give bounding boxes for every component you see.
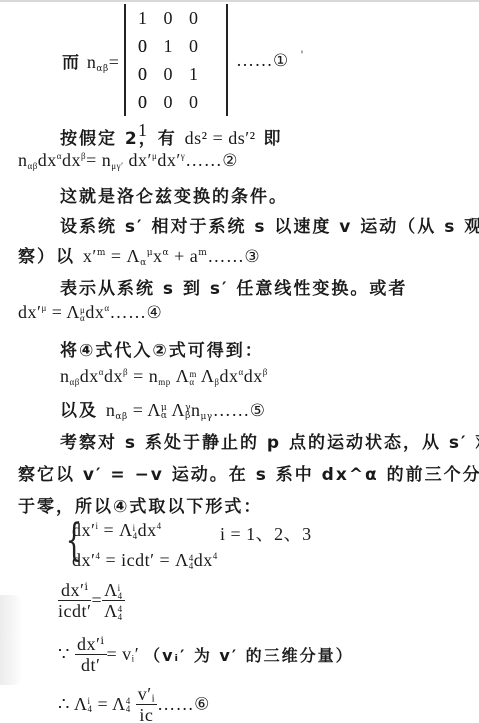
ellipsis: …… (213, 400, 250, 420)
rest-para-line-3: 于零，所以④式取以下形式： (18, 492, 262, 517)
matrix-row: 0 0 1 0 (126, 60, 226, 88)
dx-prime: dx′ (18, 302, 41, 322)
index-stack: i4 (118, 584, 123, 600)
subscript: 4 (126, 705, 131, 713)
n-subscript: αβ (96, 64, 108, 74)
fraction-right: Λi4Λ44 (102, 580, 125, 621)
subscript: mp (158, 377, 171, 387)
superscript: m (97, 248, 106, 258)
linear-line: 表示从系统 s 到 s′ 任意线性变换。或者 (60, 274, 407, 299)
circled-4: ④ (147, 303, 163, 323)
x-prime: x′ (83, 246, 97, 266)
equals-lambda: = Λ (93, 694, 126, 714)
icdt-equals-lambda: = icdt′ = Λ (100, 550, 188, 570)
plus-a: + a (169, 246, 198, 266)
fraction-left: dx′ⁱicdt′ (58, 580, 91, 621)
because-equation: ∵ dx′ⁱdt′= vi′ （vᵢ′ 为 v′ 的三维分量） (58, 634, 354, 675)
dx: dx (62, 150, 81, 170)
matrix-equation-lhs: 而 nαβ= (62, 48, 119, 74)
equals-lambda: = Λ (128, 400, 161, 420)
dx-prime: dx′ (157, 150, 180, 170)
circled-6: ⑥ (194, 695, 210, 715)
superscript: m (198, 248, 207, 258)
superscript: β (263, 367, 268, 377)
fraction: v′ᵢic (136, 684, 157, 723)
note-text: （vᵢ′ 为 v′ 的三维分量） (144, 646, 354, 665)
text-ji: 即 (256, 129, 283, 149)
index-stack: mα (189, 370, 197, 386)
n-symbol: n (106, 400, 116, 420)
rest-para-line-1: 考察对 s 系处于静止的 p 点的运动状态，从 s′ 观 (60, 428, 479, 453)
dx: dx (194, 550, 213, 570)
assumption-line: 按假定 2，有 ds² = ds′² 即 (60, 124, 283, 149)
equals-lambda: = Λ (106, 246, 140, 266)
equals-n: = n (128, 366, 158, 386)
system-row-1: dx′i = Λi4dx4 (72, 520, 162, 541)
subscript: αβ (115, 412, 127, 422)
assumption-text: 按假定 2，有 (60, 129, 185, 149)
ellipsis: …… (207, 246, 244, 266)
dx: dx (138, 520, 157, 540)
ds-equation: ds² = ds′² (185, 128, 256, 148)
equals-v: = v (107, 644, 132, 664)
fraction-equation: dx′ⁱicdt′=Λi4Λ44 (58, 580, 125, 621)
subscript: 4 (118, 592, 123, 600)
matrix-row: 1 0 0 0 (126, 4, 226, 32)
index-condition: i = 1、2、3 (220, 520, 312, 546)
denominator: icdt′ (58, 601, 91, 621)
scan-shadow (0, 595, 22, 685)
lambda: Λ (104, 580, 118, 600)
text-prefix: 以及 (60, 401, 106, 421)
ellipsis: …… (110, 302, 147, 322)
equation-6: ∴ Λi4 = Λ44 v′ᵢic……⑥ (58, 684, 210, 723)
substitute-line: 将④式代入②式可得到： (60, 336, 264, 361)
prime: ′ (135, 644, 139, 664)
ellipsis: …… (236, 50, 273, 70)
lambda: Λ (197, 366, 215, 386)
dx: dx (220, 366, 239, 386)
n-symbol: n (60, 366, 70, 386)
circled-5: ⑤ (250, 401, 266, 421)
fraction: dx′ⁱdt′ (75, 634, 107, 675)
equation-label-1: ……① ' (236, 50, 304, 71)
numerator: dx′ⁱ (58, 580, 91, 601)
numerator: Λi4 (102, 580, 125, 601)
equation-3: 察）以 x′m = Λαμxα + am……③ (18, 242, 260, 268)
dx-prime: dx′ (72, 520, 95, 540)
equation-4: dx′μ = Λμαdxα……④ (18, 302, 162, 323)
equation-2: nαβdxαdxβ= nμγ′ dx′μdx′γ……② (18, 150, 238, 171)
lambda: Λ (104, 601, 118, 621)
denominator: ic (136, 705, 157, 723)
dx: dx (85, 302, 104, 322)
subscript: μγ (200, 412, 212, 422)
text-er: 而 (62, 53, 81, 73)
subscript: α (140, 258, 147, 268)
ellipsis: …… (157, 694, 194, 714)
dx: dx (244, 366, 263, 386)
denominator: dt′ (75, 655, 107, 675)
subscript: α (189, 378, 197, 386)
x: x (153, 246, 163, 266)
system-row-2: dx′4 = icdt′ = Λ44dx4 (72, 550, 218, 571)
condition-line: 这就是洛仑兹变换的条件。 (60, 182, 288, 207)
n-symbol: n (87, 52, 97, 72)
page-top-edge (0, 0, 479, 2)
circled-1: ① (273, 51, 289, 71)
n-symbol: n (18, 150, 28, 170)
dx-prime: dx′ (72, 550, 95, 570)
index-stack: 44 (126, 697, 131, 713)
circled-2: ② (222, 151, 238, 171)
equals-sign: = (91, 590, 102, 610)
lambda: Λ (171, 366, 190, 386)
dx: dx (38, 150, 57, 170)
ellipsis: …… (185, 150, 222, 170)
stray-mark: ' (301, 50, 304, 61)
lambda: Λ (168, 400, 186, 420)
lambda: Λ (70, 694, 88, 714)
subscript: μγ′ (111, 161, 123, 171)
subscript: αβ (70, 377, 80, 387)
rest-para-line-2: 察它以 v′ = −v 运动。在 s 系中 dx^α 的前三个分量等 (18, 460, 479, 485)
index-stack: 44 (118, 605, 123, 621)
equation-5: 以及 nαβ = Λμα Λγβnμγ……⑤ (60, 396, 265, 422)
matrix-row: 0 1 0 0 (126, 32, 226, 60)
circled-3: ③ (244, 247, 260, 267)
equals-n: = n (86, 150, 111, 170)
index-stack: μα (161, 404, 168, 420)
subscript: 4 (118, 613, 123, 621)
matrix-row: 0 0 0 1 (126, 88, 226, 116)
therefore-symbol: ∴ (58, 694, 70, 714)
text-prefix: 察）以 (18, 247, 83, 267)
equals-sign: = (109, 52, 120, 72)
equals-lambda: = Λ (98, 520, 132, 540)
system-line-1: 设系统 s′ 相对于系统 s 以速度 v 运动（从 s 观 (60, 212, 479, 237)
subscript: αβ (28, 161, 38, 171)
dx-prime: dx′ (124, 150, 152, 170)
dx: dx (80, 366, 99, 386)
numerator: v′ᵢ (136, 684, 157, 705)
superscript: 4 (157, 521, 162, 531)
denominator: Λ44 (102, 601, 125, 621)
subscript: α (161, 412, 168, 420)
identity-matrix: 1 0 0 0 0 1 0 0 0 0 1 0 0 0 0 1 (124, 4, 228, 116)
substitution-equation: nαβdxαdxβ = nmp Λmα Λβdxαdxβ (60, 366, 268, 387)
because-symbol: ∵ (58, 644, 70, 664)
dx: dx (104, 366, 123, 386)
superscript: 4 (213, 551, 218, 561)
numerator: dx′ⁱ (75, 634, 107, 655)
equals-lambda: = Λ (47, 302, 80, 322)
